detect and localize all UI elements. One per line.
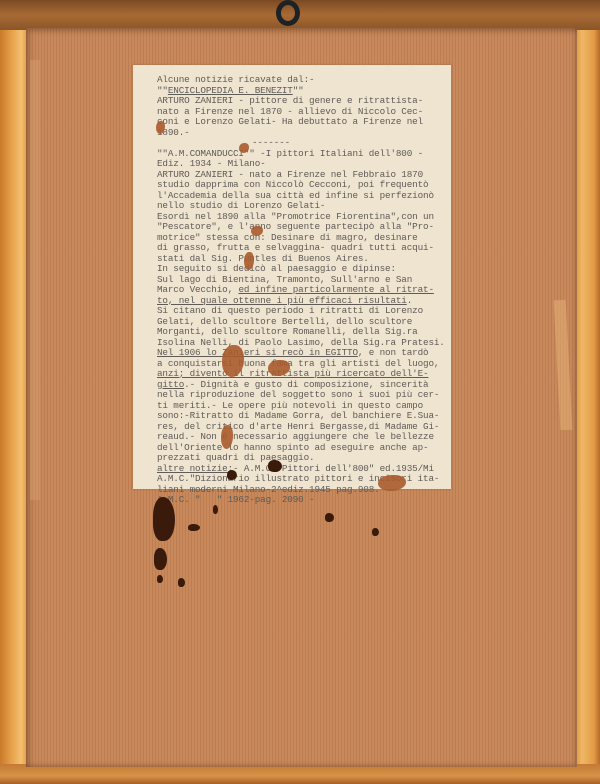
tape-strip-left — [30, 60, 40, 500]
hole — [188, 524, 200, 531]
hole — [227, 470, 237, 480]
note-line: "Pescatore", e l'anno seguente partecipò… — [157, 222, 441, 233]
note-line: coni e Lorenzo Gelati- Ha debuttato a Fi… — [157, 117, 441, 128]
note-line: reaud.- Non è necessario aggiungere che … — [157, 432, 441, 443]
hole — [213, 505, 218, 514]
frame-top-edge — [0, 0, 600, 30]
picture-frame: Alcune notizie ricavate dal:-""ENCICLOPE… — [0, 0, 600, 784]
note-line: nello studio di Lorenzo Gelati- — [157, 201, 441, 212]
hole — [157, 575, 163, 583]
hole — [153, 497, 175, 541]
frame-bottom-edge — [0, 764, 600, 784]
note-line: Si citano di questo periodo i ritratti d… — [157, 306, 441, 317]
hole — [178, 578, 185, 587]
typed-note: Alcune notizie ricavate dal:-""ENCICLOPE… — [133, 65, 451, 489]
hanging-ring-icon — [276, 0, 300, 26]
hole — [372, 528, 379, 536]
note-line: di grasso, frutta e selvaggina- quadri t… — [157, 243, 441, 254]
note-line: nella riproduzione del soggetto sono i s… — [157, 390, 441, 401]
hole — [325, 513, 334, 522]
note-line: anzi; diventò il ritrattista più ricerca… — [157, 369, 441, 380]
note-line: Nel 1906 lo Zanieri si recò in EGITTO, e… — [157, 348, 441, 359]
note-line: Morganti, dello scultore Romanelli, dell… — [157, 327, 441, 338]
note-line: studio dapprima con Niccolò Cecconi, poi… — [157, 180, 441, 191]
hole — [154, 548, 167, 570]
note-lines: Alcune notizie ricavate dal:-""ENCICLOPE… — [157, 75, 441, 506]
note-line: sono:-Ritratto di Madame Gorra, del banc… — [157, 411, 441, 422]
note-line: In seguito si dedicò al paesaggio e dipi… — [157, 264, 441, 275]
note-line: Ediz. 1934 - Milano- — [157, 159, 441, 170]
note-line: ARTURO ZANIERI - pittore di genere e rit… — [157, 96, 441, 107]
note-line: A.M.C. " " 1962-pag. 2090 - — [157, 495, 441, 506]
note-line: ------- — [157, 138, 441, 149]
hole — [268, 460, 282, 472]
note-line: 1890.- — [157, 128, 441, 139]
